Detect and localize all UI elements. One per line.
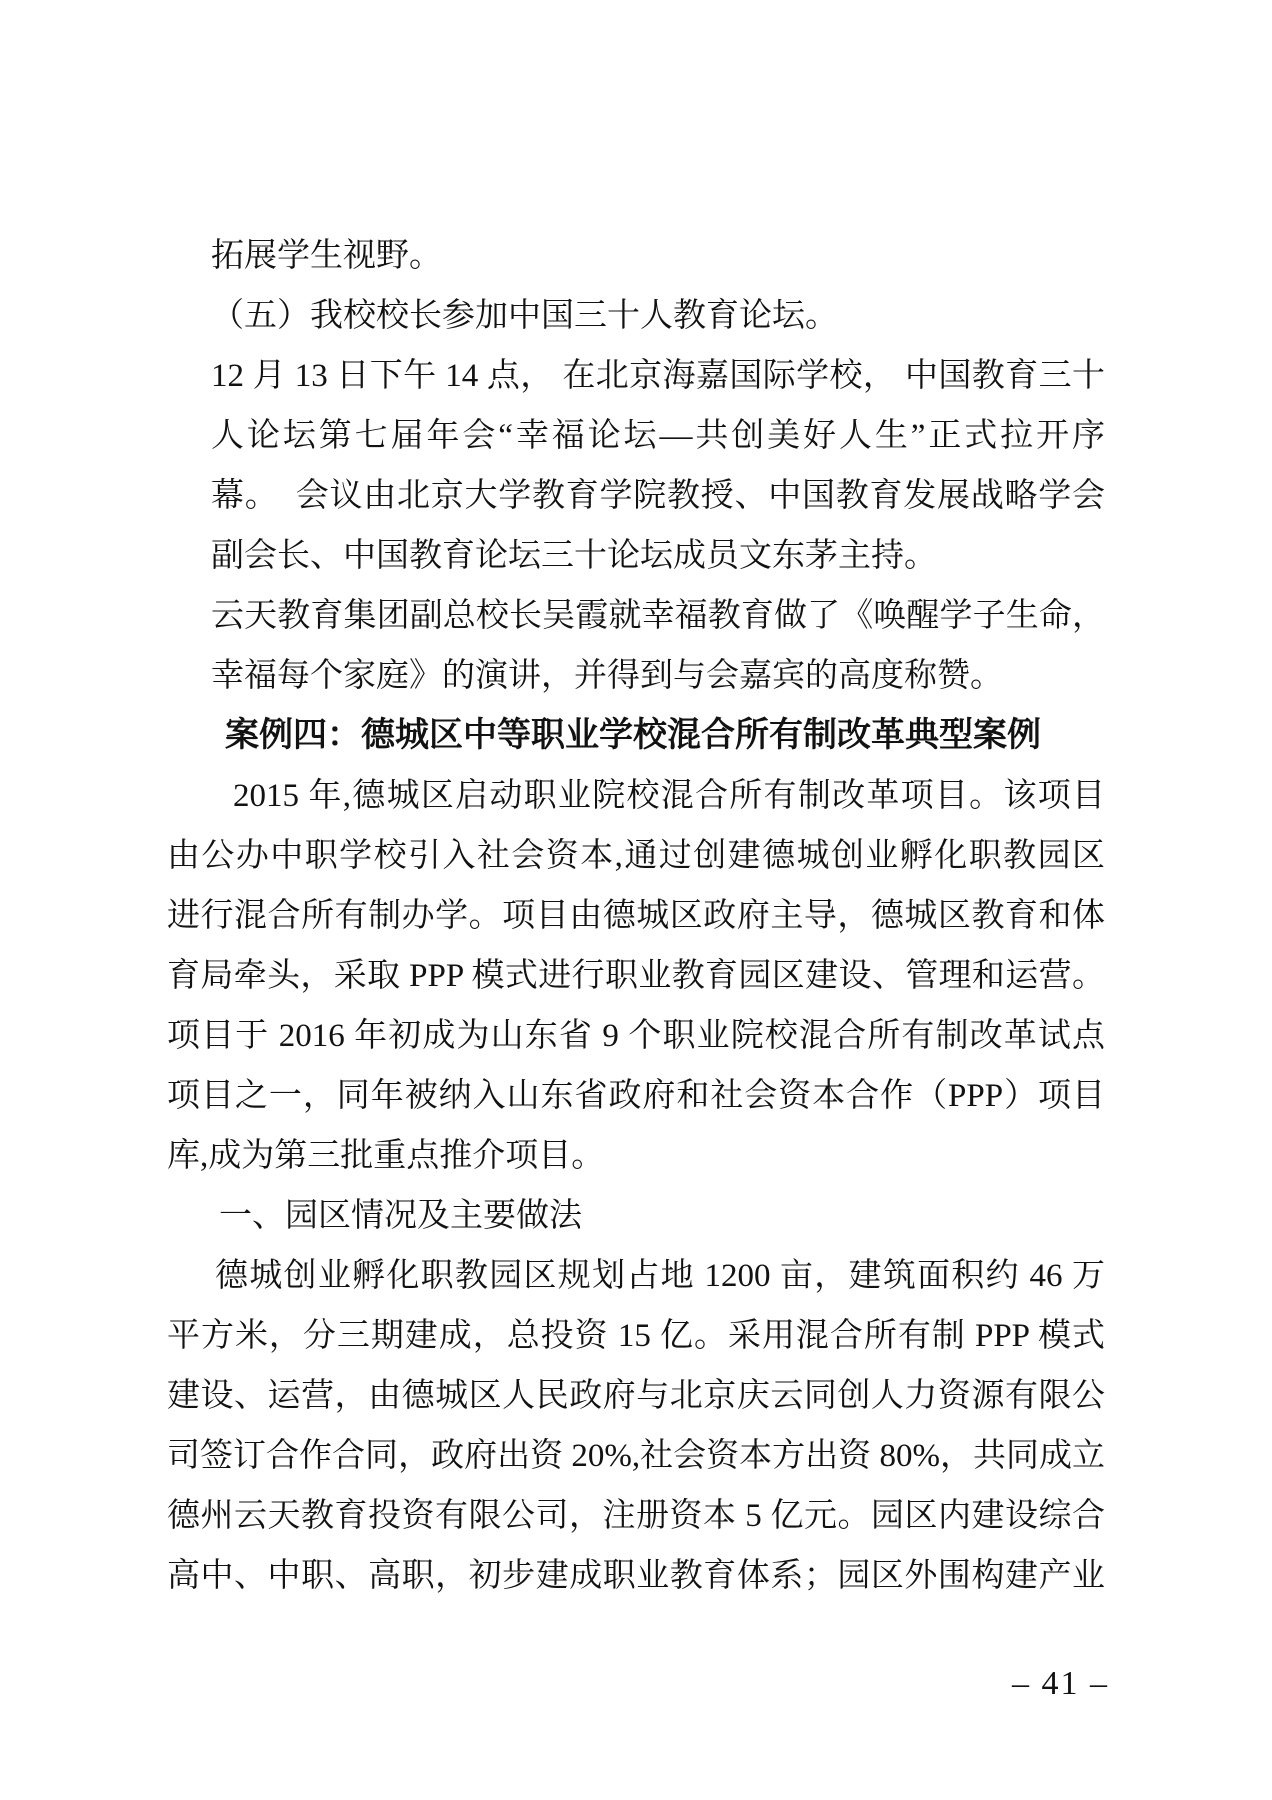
text-line: 库,成为第三批重点推介项目。 xyxy=(167,1126,1105,1186)
text-line: 平方米，分三期建成，总投资 15 亿。采用混合所有制 PPP 模式 xyxy=(167,1306,1105,1366)
text-line: 人论坛第七届年会“幸福论坛—共创美好人生”正式拉开序 xyxy=(211,406,1105,466)
text-line: 一、园区情况及主要做法 xyxy=(167,1186,1105,1246)
document-page: 拓展学生视野。（五）我校校长参加中国三十人教育论坛。12 月 13 日下午 14… xyxy=(0,0,1272,1800)
text-line: 幕。 会议由北京大学教育学院教授、中国教育发展战略学会 xyxy=(211,466,1105,526)
text-line: 副会长、中国教育论坛三十论坛成员文东茅主持。 xyxy=(211,526,1105,586)
text-line: 项目于 2016 年初成为山东省 9 个职业院校混合所有制改革试点 xyxy=(167,1006,1105,1066)
text-line: 育局牵头，采取 PPP 模式进行职业教育园区建设、管理和运营。 xyxy=(167,946,1105,1006)
text-line: 项目之一，同年被纳入山东省政府和社会资本合作（PPP）项目 xyxy=(167,1066,1105,1126)
text-line: 德州云天教育投资有限公司，注册资本 5 亿元。园区内建设综合 xyxy=(167,1486,1105,1546)
text-line: 幸福每个家庭》的演讲，并得到与会嘉宾的高度称赞。 xyxy=(211,646,1105,706)
text-line: 建设、运营，由德城区人民政府与北京庆云同创人力资源有限公 xyxy=(167,1366,1105,1426)
text-line: （五）我校校长参加中国三十人教育论坛。 xyxy=(211,286,1105,346)
section-heading: 案例四：德城区中等职业学校混合所有制改革典型案例 xyxy=(167,706,1105,766)
text-line: 司签订合作合同，政府出资 20%,社会资本方出资 80%，共同成立 xyxy=(167,1426,1105,1486)
text-line: 2015 年,德城区启动职业院校混合所有制改革项目。该项目 xyxy=(167,766,1105,826)
text-line: 德城创业孵化职教园区规划占地 1200 亩，建筑面积约 46 万 xyxy=(167,1246,1105,1306)
text-line: 高中、中职、高职，初步建成职业教育体系；园区外围构建产业 xyxy=(167,1546,1105,1606)
page-number: – 41 – xyxy=(1012,1664,1109,1704)
text-line: 由公办中职学校引入社会资本,通过创建德城创业孵化职教园区 xyxy=(167,826,1105,886)
text-line: 云天教育集团副总校长吴霞就幸福教育做了《唤醒学子生命， xyxy=(211,586,1105,646)
text-line: 进行混合所有制办学。项目由德城区政府主导，德城区教育和体 xyxy=(167,886,1105,946)
text-line: 拓展学生视野。 xyxy=(211,226,1105,286)
text-line: 12 月 13 日下午 14 点， 在北京海嘉国际学校， 中国教育三十 xyxy=(211,346,1105,406)
page-content: 拓展学生视野。（五）我校校长参加中国三十人教育论坛。12 月 13 日下午 14… xyxy=(167,226,1105,1606)
